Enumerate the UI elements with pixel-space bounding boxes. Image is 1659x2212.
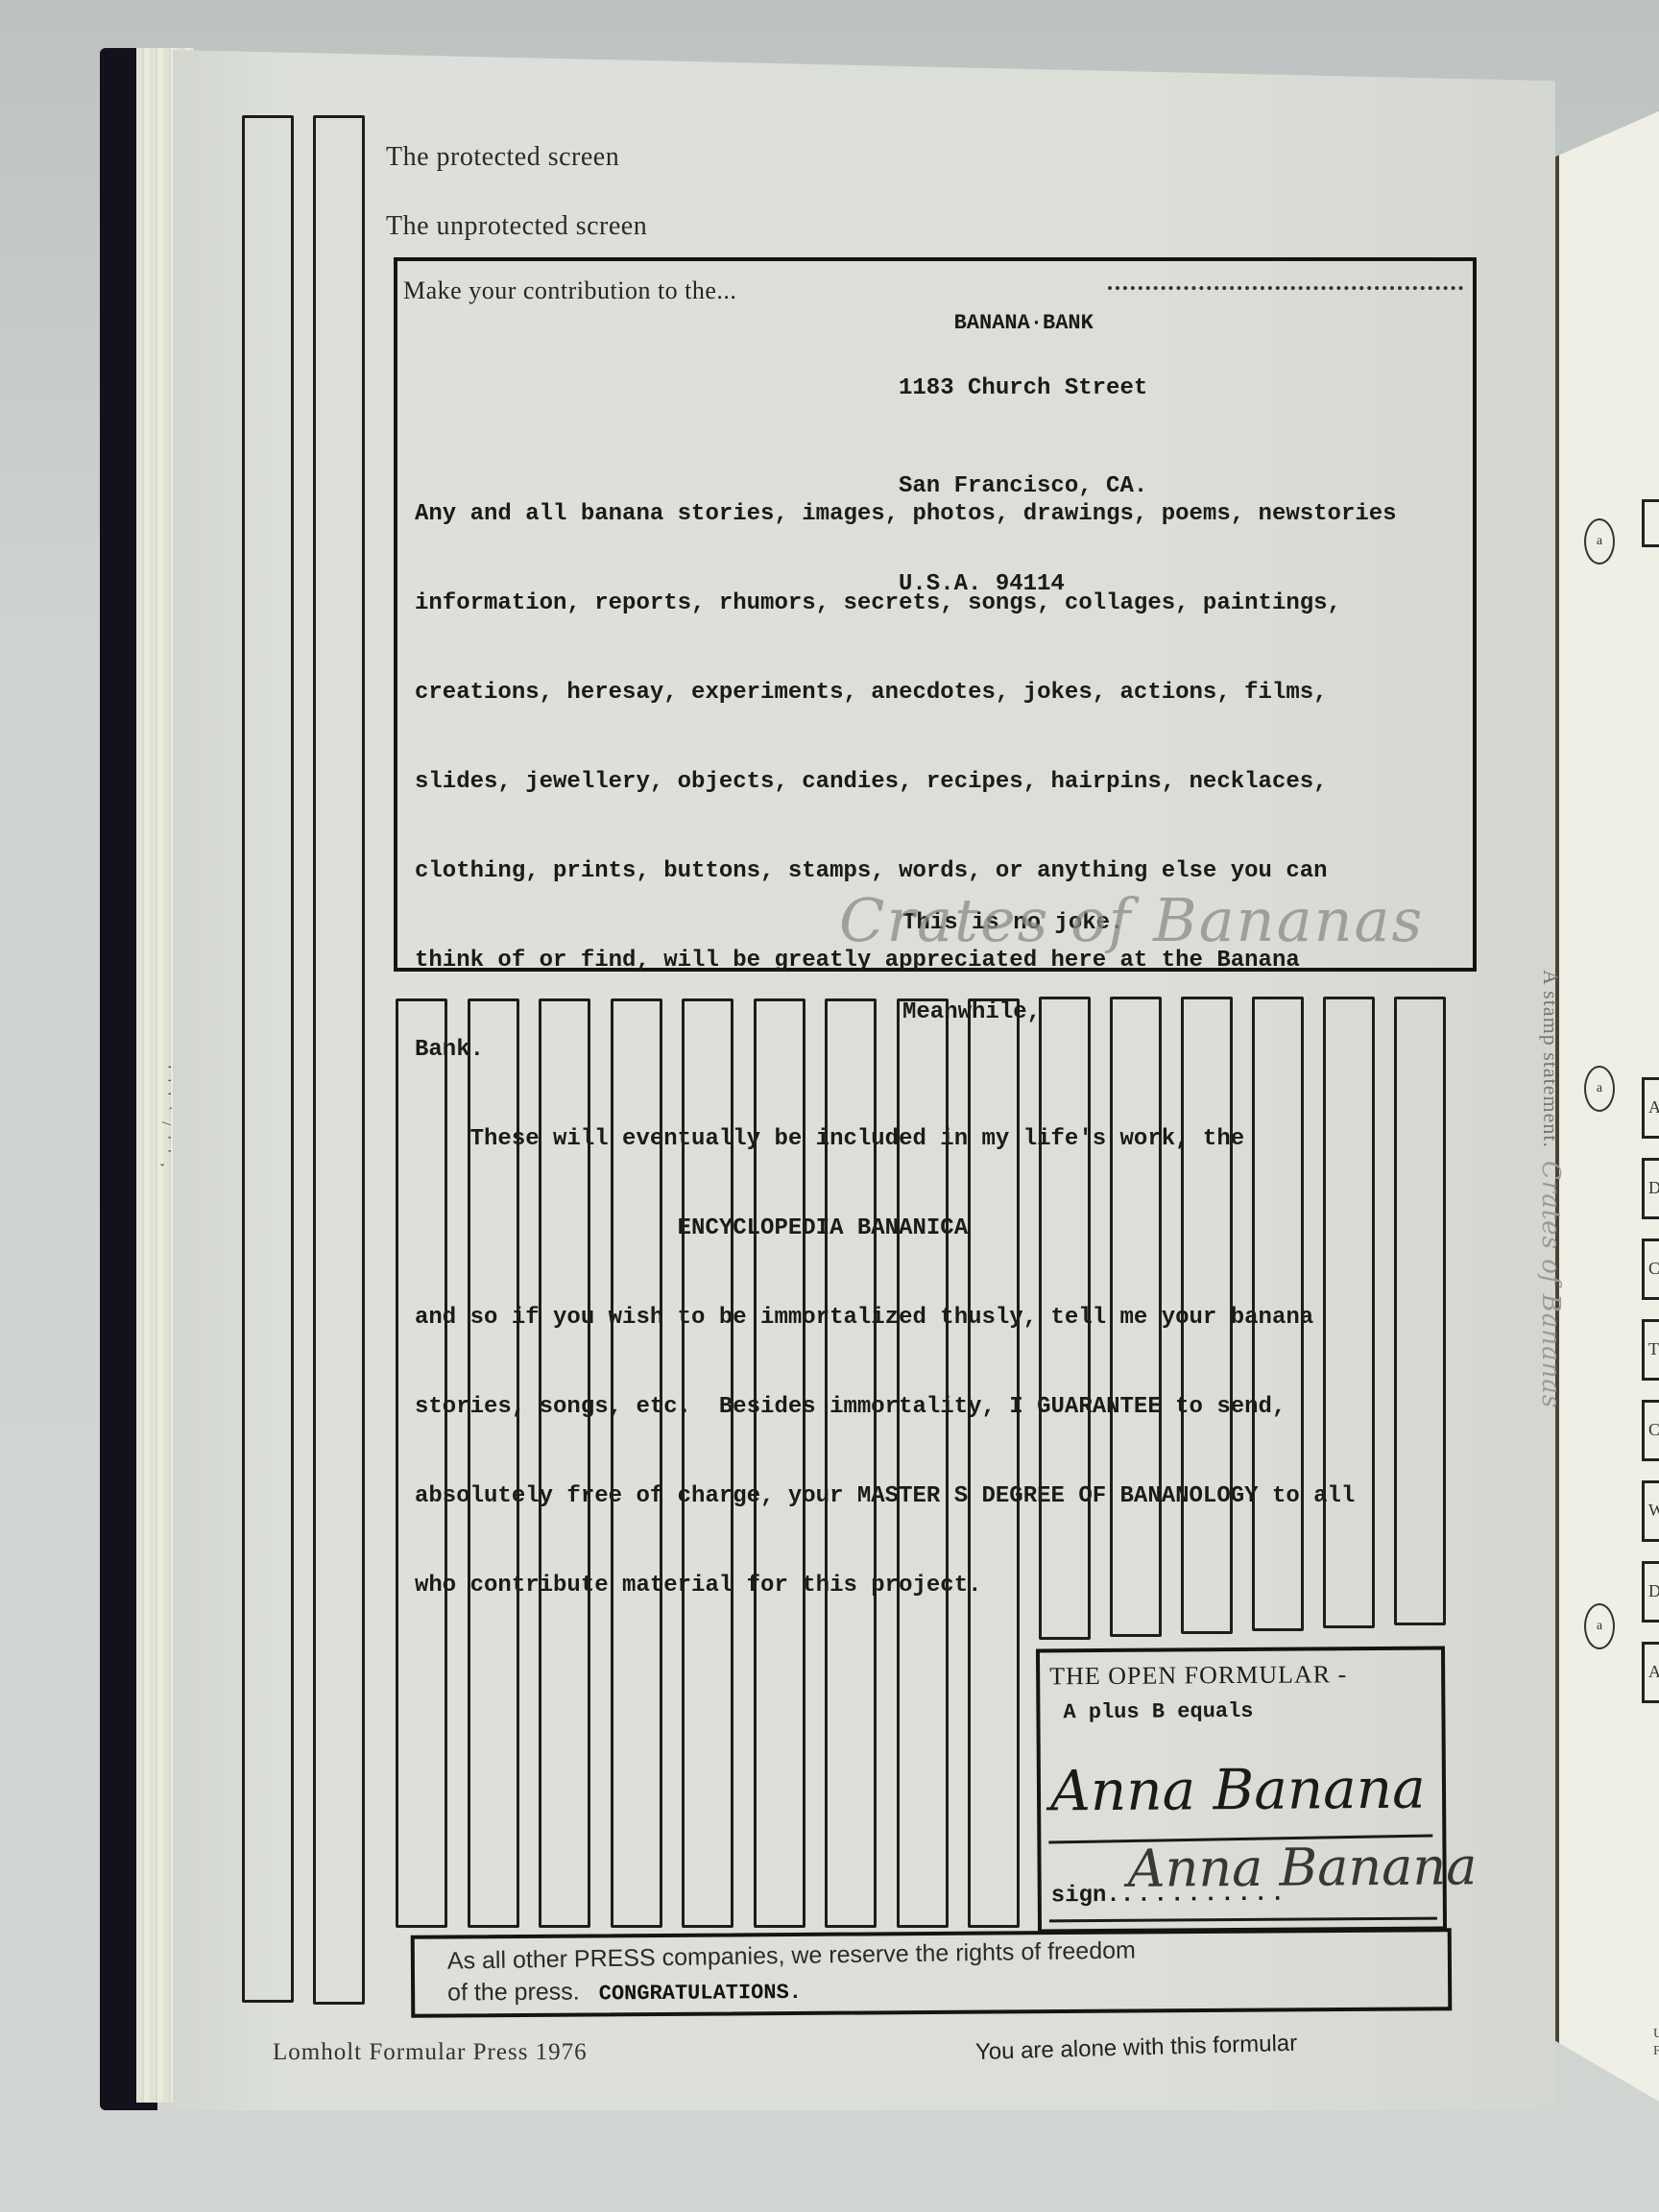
contribution-box: Make your contribution to the... BANANA·… xyxy=(394,257,1477,972)
tall-column-box xyxy=(242,115,294,2003)
column-box xyxy=(825,998,877,1928)
congratulations: CONGRATULATIONS. xyxy=(599,1981,802,2006)
facing-tab: W xyxy=(1642,1480,1659,1542)
handwritten-signature: Anna Banana xyxy=(1127,1836,1477,1899)
crates-of-bananas-stamp: Crates of Bananas xyxy=(839,885,1424,955)
heading-unprotected-screen: The unprotected screen xyxy=(386,211,647,242)
circle-marker: a xyxy=(1584,1066,1615,1112)
vertical-script: Crates of Bananas xyxy=(1536,1161,1565,1408)
column-box xyxy=(611,998,662,1928)
circle-marker: a xyxy=(1584,518,1615,565)
body-line: creations, heresay, experiments, anecdot… xyxy=(415,678,1480,708)
column-box xyxy=(396,998,447,1928)
column-box xyxy=(1323,997,1375,1628)
bank-name: BANANA·BANK xyxy=(954,307,1094,340)
bank-street: 1183 Church Street xyxy=(899,373,1147,405)
column-box xyxy=(539,998,590,1928)
body-line: Any and all banana stories, images, phot… xyxy=(415,499,1480,529)
press-notice-text: of the press. xyxy=(447,1979,580,2007)
body-line: information, reports, rhumors, secrets, … xyxy=(415,589,1480,618)
circle-marker: a xyxy=(1584,1603,1615,1649)
column-box xyxy=(754,998,805,1928)
footer-publisher: Lomholt Formular Press 1976 xyxy=(273,2039,588,2066)
facing-footer: U F xyxy=(1653,2026,1659,2060)
vertical-text: A stamp statement. xyxy=(1539,970,1563,1148)
facing-footer-letter: U xyxy=(1653,2026,1659,2043)
facing-tab: An xyxy=(1642,1642,1659,1703)
contribution-intro: Make your contribution to the... xyxy=(403,276,736,305)
column-box xyxy=(1394,997,1446,1625)
facing-tab: D xyxy=(1642,1561,1659,1623)
column-box xyxy=(468,998,519,1928)
column-box xyxy=(1181,997,1233,1634)
page-edge-marks: ' ' ' ` / ' ' , xyxy=(163,1066,173,1170)
dotted-leader xyxy=(1108,286,1463,290)
facing-footer-letter: F xyxy=(1653,2043,1659,2060)
press-notice-line1: As all other PRESS companies, we reserve… xyxy=(447,1936,1136,1975)
vertical-stamp-text: A stamp statement. Crates of Bananas xyxy=(1536,970,1565,1408)
body-line: slides, jewellery, objects, candies, rec… xyxy=(415,767,1480,797)
facing-tab-box xyxy=(1642,499,1659,547)
formular-title: THE OPEN FORMULAR - xyxy=(1049,1660,1347,1691)
column-box xyxy=(1110,997,1162,1637)
printed-signature: Anna Banana xyxy=(1050,1756,1426,1824)
tall-column-box xyxy=(313,115,365,2005)
bottom-rule xyxy=(1049,1917,1437,1923)
facing-tab: T xyxy=(1642,1319,1659,1381)
facing-page: a a a A D C T C W D An U F xyxy=(1555,96,1659,2122)
column-box xyxy=(968,998,1020,1928)
facing-tab: A xyxy=(1642,1077,1659,1139)
column-box xyxy=(682,998,733,1928)
column-box xyxy=(1252,997,1304,1631)
press-notice-box: As all other PRESS companies, we reserve… xyxy=(411,1928,1453,2018)
press-notice-line2: of the press.CONGRATULATIONS. xyxy=(447,1977,802,2008)
facing-tab: D xyxy=(1642,1158,1659,1219)
facing-tab: C xyxy=(1642,1238,1659,1300)
column-box xyxy=(897,998,949,1928)
heading-protected-screen: The protected screen xyxy=(386,142,619,173)
facing-tab: C xyxy=(1642,1400,1659,1461)
open-formular-box: THE OPEN FORMULAR - A plus B equals Anna… xyxy=(1036,1647,1447,1934)
column-box xyxy=(1039,997,1091,1640)
sign-label: sign. xyxy=(1051,1883,1120,1910)
formular-subtitle: A plus B equals xyxy=(1063,1699,1253,1724)
